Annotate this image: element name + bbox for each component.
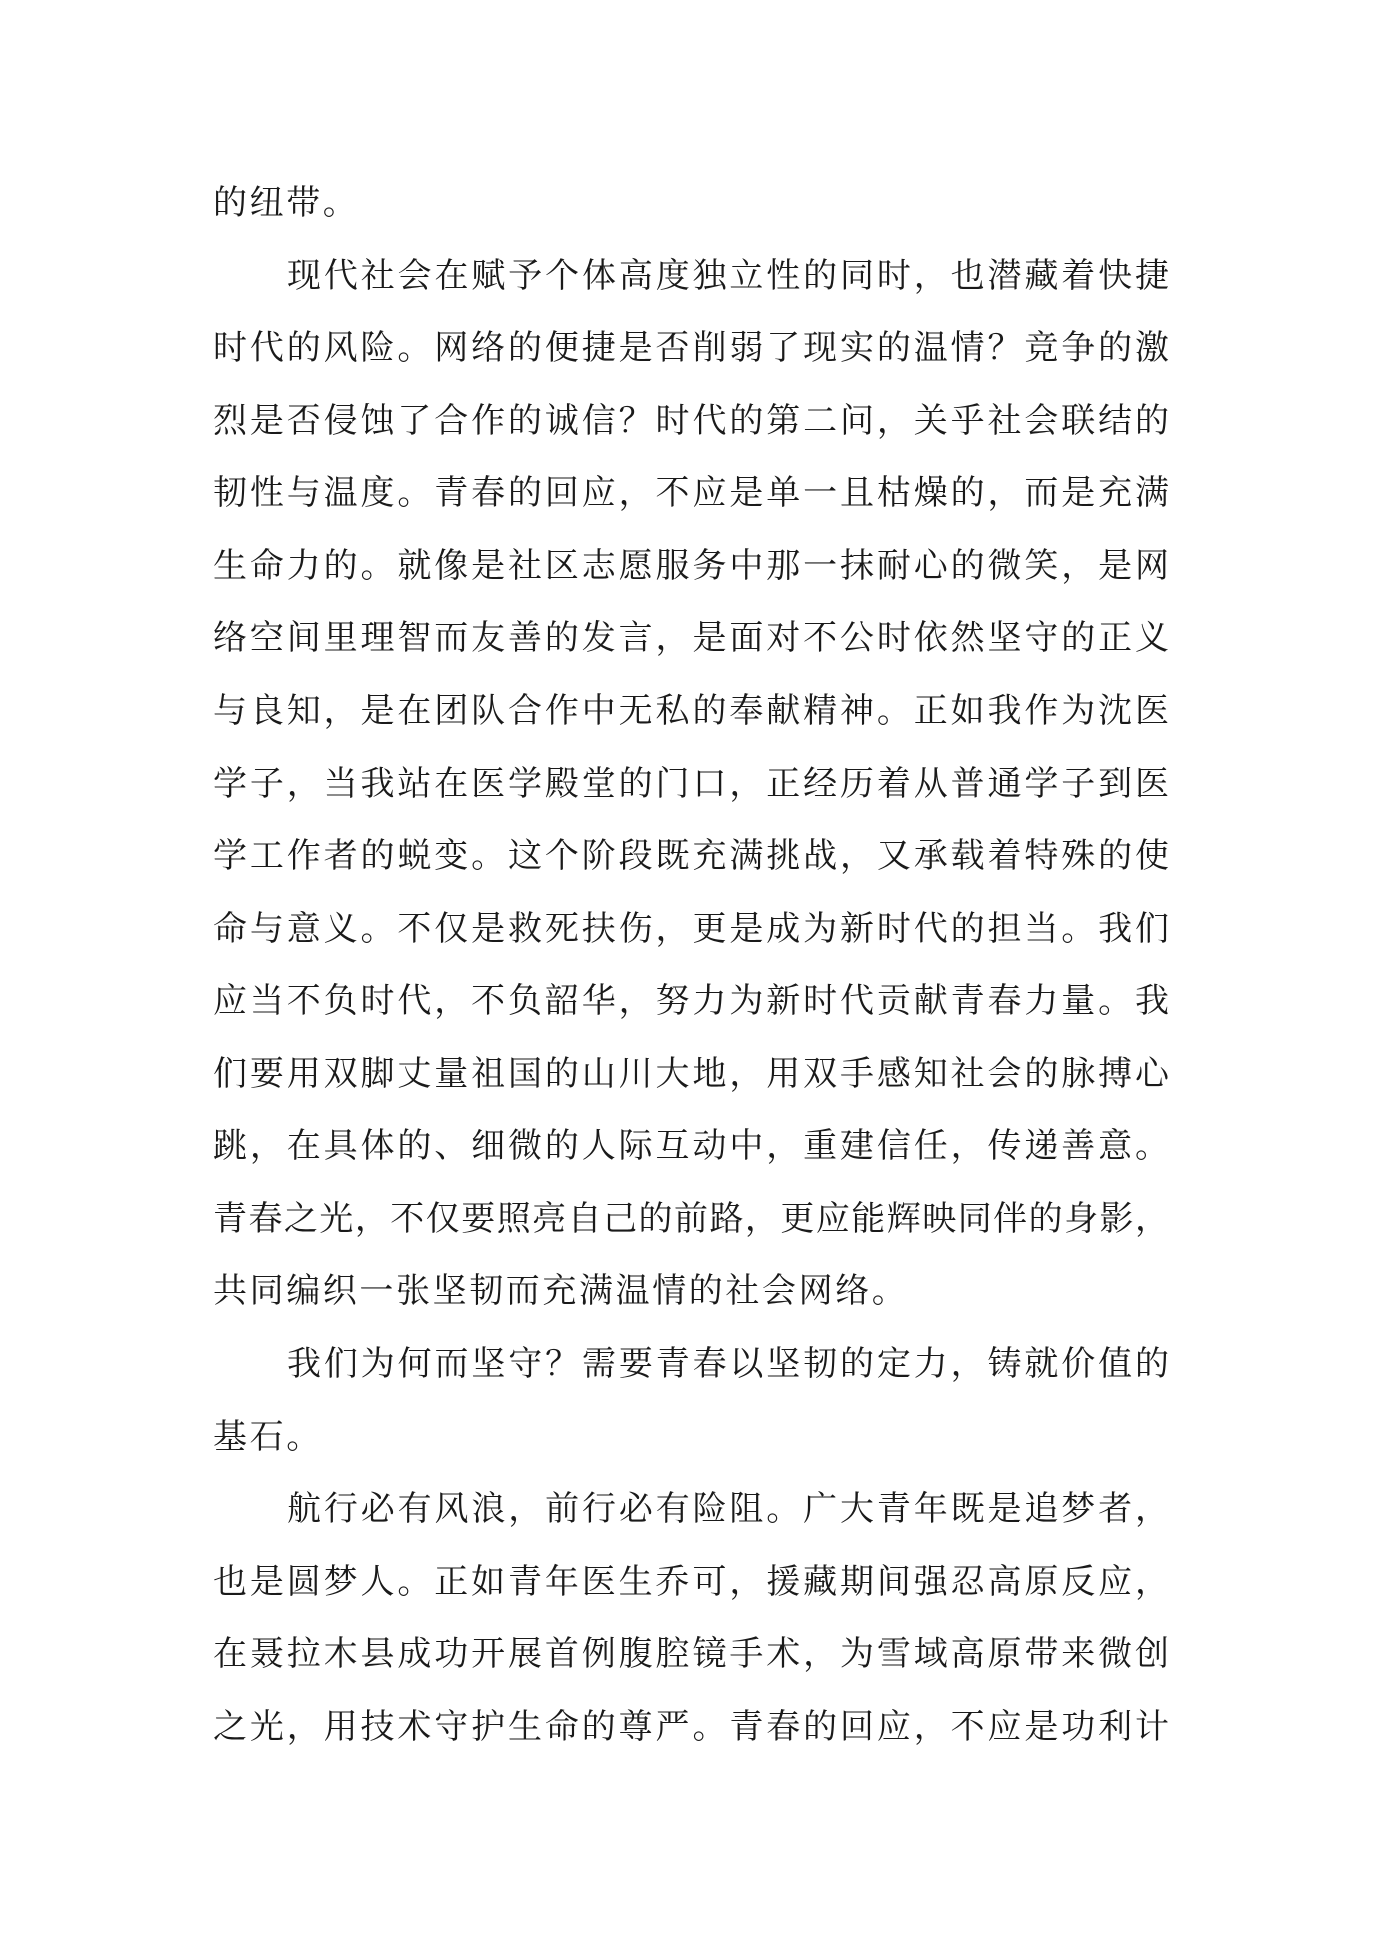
text-line: 基石。 <box>213 1401 1169 1474</box>
text-line: 航行必有风浪，前行必有险阻。广大青年既是追梦者， <box>213 1473 1169 1546</box>
text-line: 在聂拉木县成功开展首例腹腔镜手术，为雪域高原带来微创 <box>213 1618 1169 1691</box>
text-line: 也是圆梦人。正如青年医生乔可，援藏期间强忍高原反应， <box>213 1546 1169 1619</box>
document-page: 的纽带。 现代社会在赋予个体高度独立性的同时，也潜藏着快捷 时代的风险。网络的便… <box>0 0 1382 1956</box>
text-line: 们要用双脚丈量祖国的山川大地，用双手感知社会的脉搏心 <box>213 1038 1169 1111</box>
text-line: 命与意义。不仅是救死扶伤，更是成为新时代的担当。我们 <box>213 893 1169 966</box>
paragraph-continuation: 的纽带。 <box>213 167 1169 240</box>
paragraph-voyage: 航行必有风浪，前行必有险阻。广大青年既是追梦者， 也是圆梦人。正如青年医生乔可，… <box>213 1473 1169 1763</box>
text-line: 我们为何而坚守？需要青春以坚韧的定力，铸就价值的 <box>213 1328 1169 1401</box>
text-line: 韧性与温度。青春的回应，不应是单一且枯燥的，而是充满 <box>213 457 1169 530</box>
text-line: 应当不负时代，不负韶华，努力为新时代贡献青春力量。我 <box>213 965 1169 1038</box>
text-line: 烈是否侵蚀了合作的诚信？时代的第二问，关乎社会联结的 <box>213 385 1169 458</box>
text-line: 学子，当我站在医学殿堂的门口，正经历着从普通学子到医 <box>213 748 1169 821</box>
text-line: 与良知，是在团队合作中无私的奉献精神。正如我作为沈医 <box>213 675 1169 748</box>
text-line: 络空间里理智而友善的发言，是面对不公时依然坚守的正义 <box>213 602 1169 675</box>
paragraph-modern-society: 现代社会在赋予个体高度独立性的同时，也潜藏着快捷 时代的风险。网络的便捷是否削弱… <box>213 240 1169 1328</box>
text-line: 现代社会在赋予个体高度独立性的同时，也潜藏着快捷 <box>213 240 1169 313</box>
text-line: 青春之光，不仅要照亮自己的前路，更应能辉映同伴的身影， <box>213 1183 1169 1256</box>
text-line: 的纽带。 <box>213 167 1169 240</box>
text-line: 共同编织一张坚韧而充满温情的社会网络。 <box>213 1255 1169 1328</box>
text-line: 跳，在具体的、细微的人际互动中，重建信任，传递善意。 <box>213 1110 1169 1183</box>
text-line: 学工作者的蜕变。这个阶段既充满挑战，又承载着特殊的使 <box>213 820 1169 893</box>
text-line: 之光，用技术守护生命的尊严。青春的回应，不应是功利计 <box>213 1691 1169 1764</box>
paragraph-why-persist: 我们为何而坚守？需要青春以坚韧的定力，铸就价值的 基石。 <box>213 1328 1169 1473</box>
text-line: 生命力的。就像是社区志愿服务中那一抹耐心的微笑，是网 <box>213 530 1169 603</box>
text-line: 时代的风险。网络的便捷是否削弱了现实的温情？竞争的激 <box>213 312 1169 385</box>
body-text: 的纽带。 现代社会在赋予个体高度独立性的同时，也潜藏着快捷 时代的风险。网络的便… <box>213 167 1169 1763</box>
